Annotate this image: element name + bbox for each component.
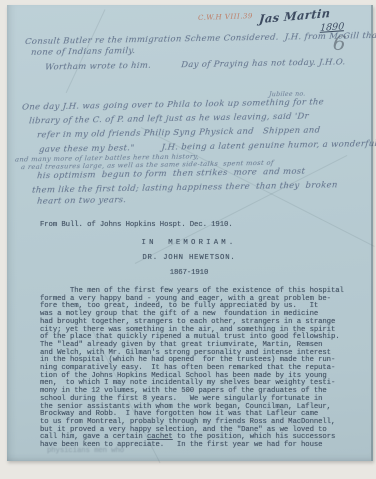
handwriting-line: them like the first told; lasting happin… bbox=[32, 180, 338, 195]
typed-source-line: From Bull. of Johns Hopkins Hospt. Dec. … bbox=[40, 222, 233, 230]
handwriting-line: Consult Butler re the immigration Scheme… bbox=[25, 31, 376, 47]
handwriting-line: gave these my best." J.H. being a latent… bbox=[39, 139, 376, 155]
handwriting-line: Wortham wrote to him. Day of Praying has… bbox=[45, 57, 346, 72]
handwriting-line: library of the C. of P. and left just as… bbox=[29, 112, 310, 127]
handwriting-line: none of Indians family. bbox=[31, 46, 136, 58]
memoriam-dates: 1867-1910 bbox=[7, 270, 371, 278]
memoriam-title: IN MEMORIAM. bbox=[7, 240, 371, 248]
handwriting-line: refer in my old friends Philip Syng Phys… bbox=[37, 126, 321, 141]
typed-body: The men of the first few years of the ex… bbox=[40, 288, 360, 450]
letter-paper: C.W.H VIII.39 Jas Martin 1890 6 Consult … bbox=[7, 5, 373, 461]
ghost-line: physicians men who bbox=[47, 448, 124, 456]
archive-mark: C.W.H VIII.39 bbox=[198, 12, 253, 22]
handwriting-line: One day J.H. was going over to Phila to … bbox=[22, 97, 325, 112]
handwriting-line: heart on two years. bbox=[37, 195, 127, 207]
memoriam-subtitle: DR. JOHN HEWETSON. bbox=[7, 255, 371, 263]
